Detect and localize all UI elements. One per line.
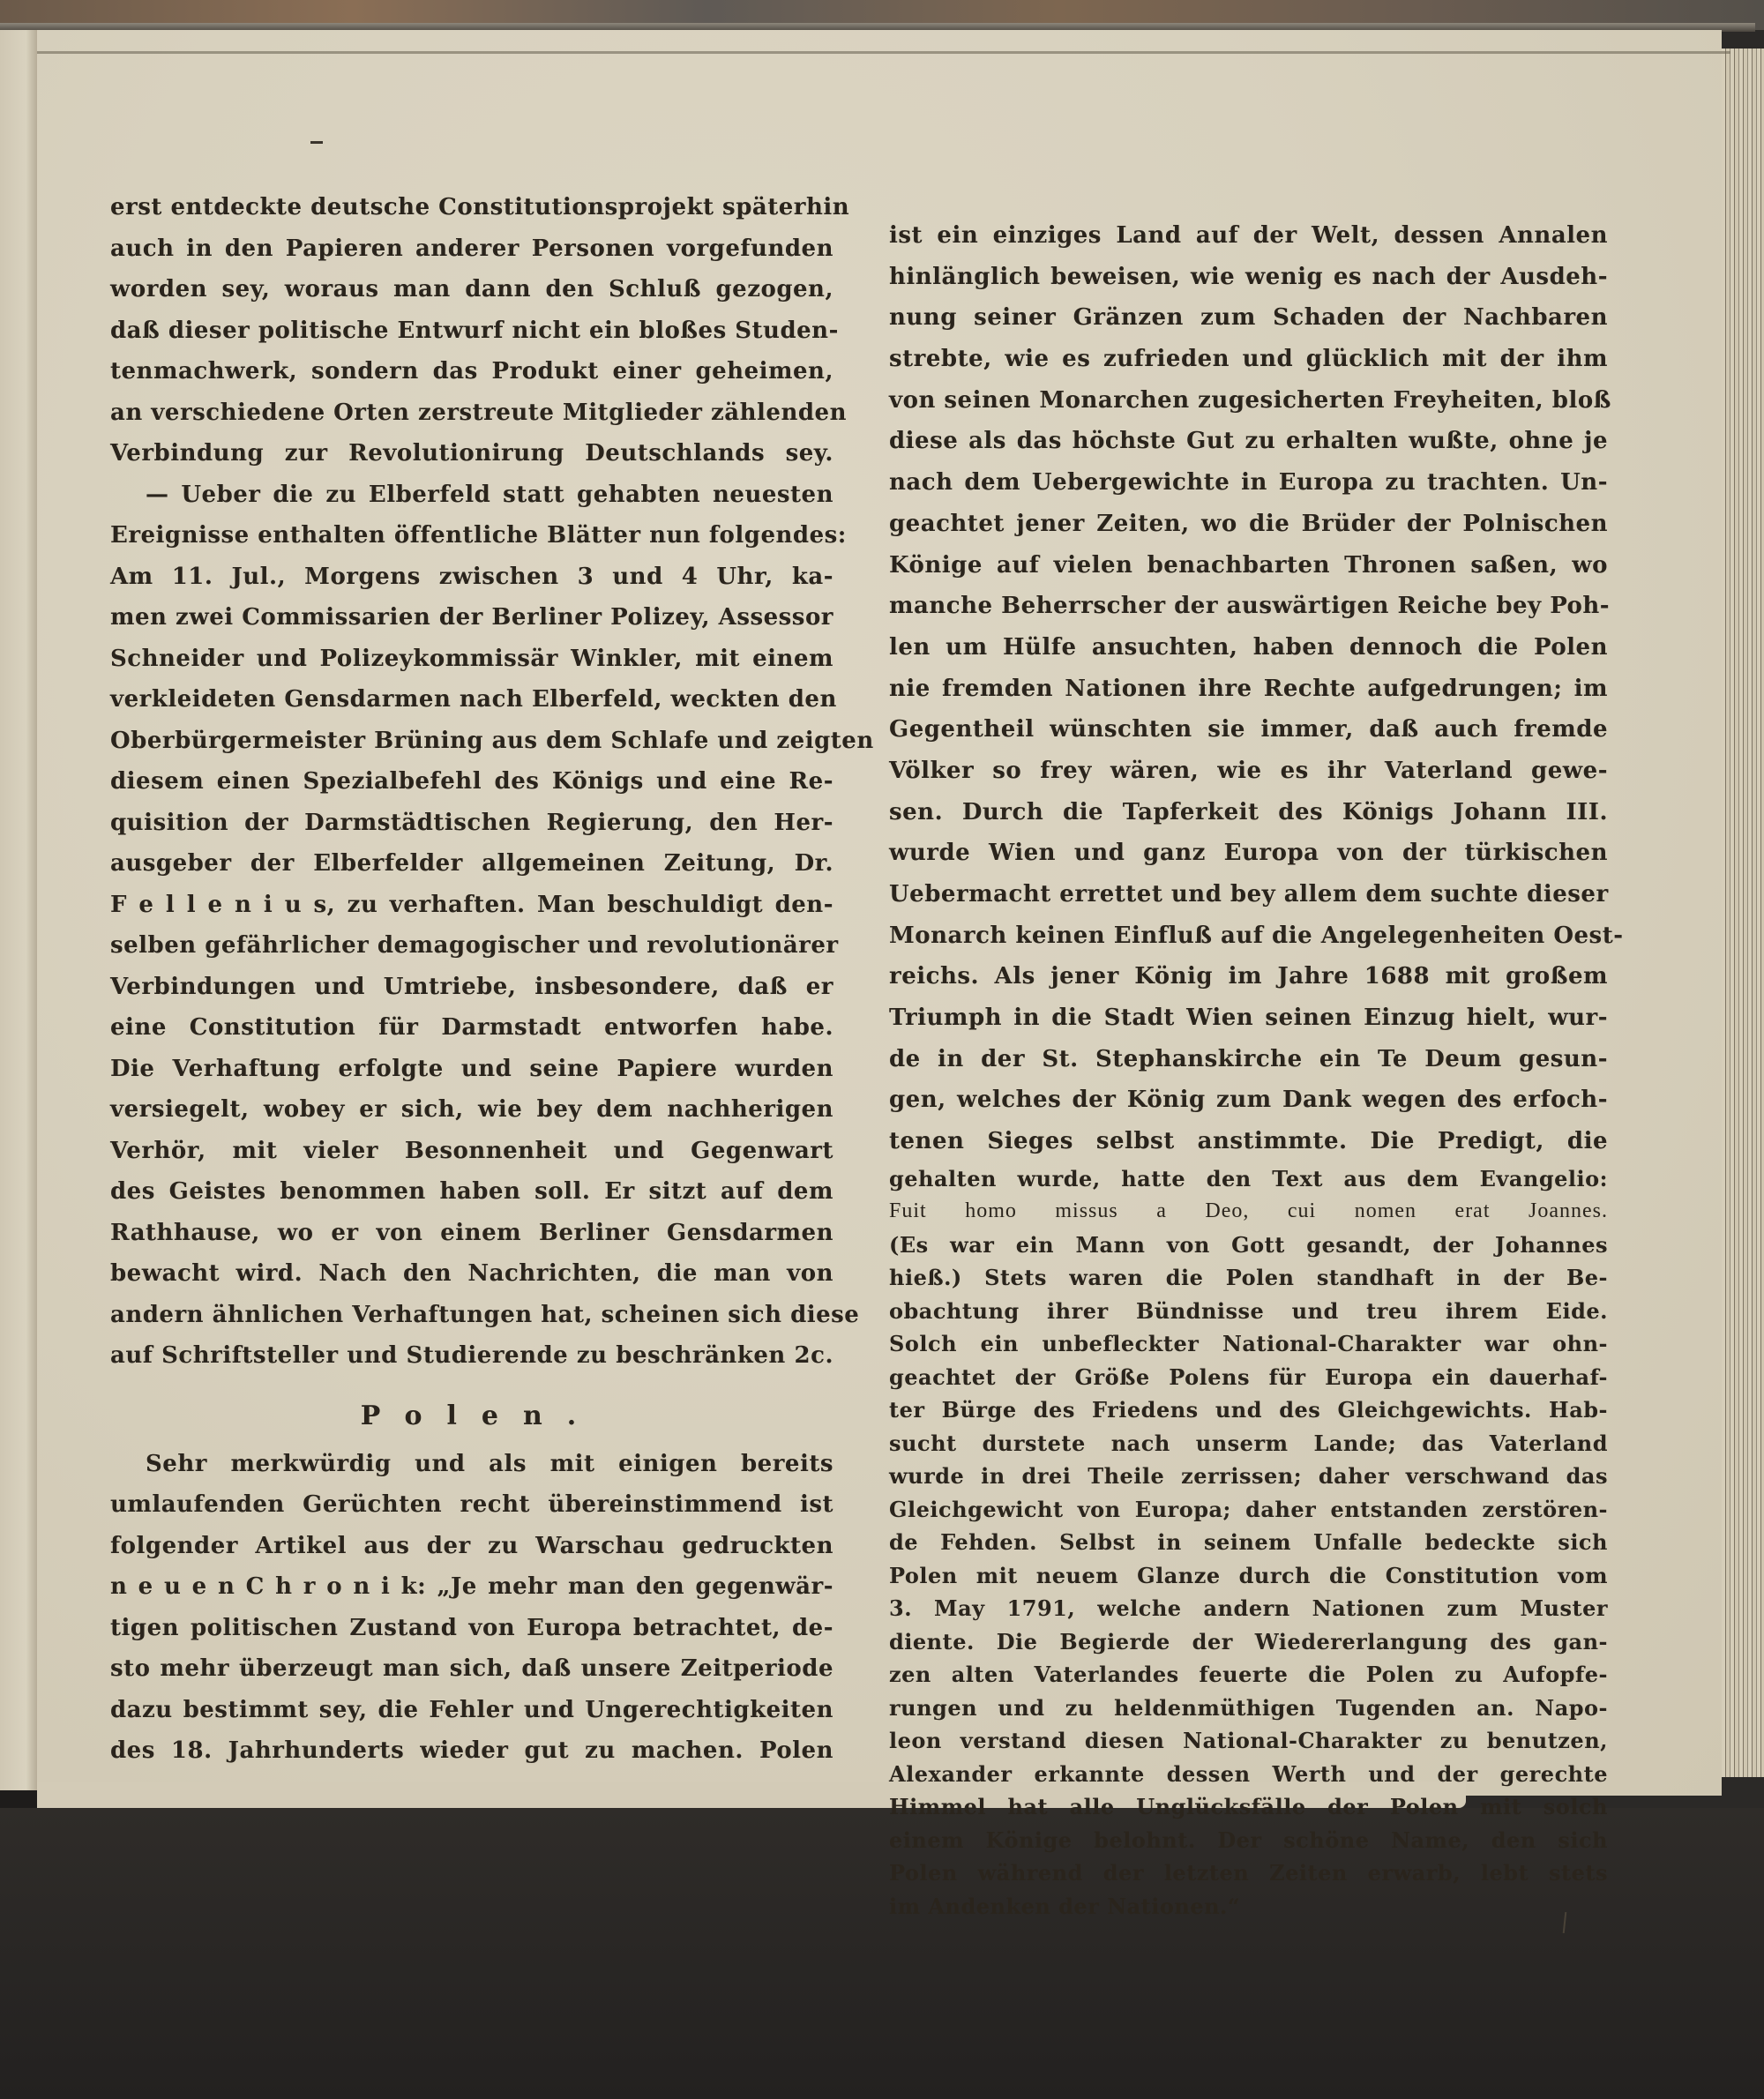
text-line: eine Constitution für Darmstadt entworfe… xyxy=(110,1007,833,1049)
text-line: sen. Durch die Tapferkeit des Königs Joh… xyxy=(889,792,1608,833)
text-line: ausgeber der Elberfelder allgemeinen Zei… xyxy=(110,843,833,885)
text-line: — Ueber die zu Elberfeld statt gehabten … xyxy=(110,474,833,516)
text-line: wurde Wien und ganz Europa von der türki… xyxy=(889,833,1608,874)
text-line: sucht durstete nach unserm Lande; das Va… xyxy=(889,1427,1608,1460)
text-line: ter Bürge des Friedens und des Gleichgew… xyxy=(889,1393,1608,1427)
page-top-edge xyxy=(37,51,1730,54)
text-line: Völker so frey wären, wie es ihr Vaterla… xyxy=(889,751,1608,792)
text-line: gehalten wurde, hatte den Text aus dem E… xyxy=(889,1162,1608,1196)
text-line: Solch ein unbefleckter National-Charakte… xyxy=(889,1327,1608,1361)
text-line: Oberbürgermeister Brüning aus dem Schlaf… xyxy=(110,721,833,762)
text-line: Verhör, mit vieler Besonnenheit und Gege… xyxy=(110,1131,833,1172)
text-line: Könige auf vielen benachbarten Thronen s… xyxy=(889,545,1608,586)
text-line: geachtet jener Zeiten, wo die Brüder der… xyxy=(889,504,1608,545)
text-line: Schneider und Polizeykommissär Winkler, … xyxy=(110,639,833,680)
paragraph-constitution-project: erst entdeckte deutsche Constitutionspro… xyxy=(110,187,833,474)
text-line: de in der St. Stephanskirche ein Te Deum… xyxy=(889,1039,1608,1080)
text-line: wurde in drei Theile zerrissen; daher ve… xyxy=(889,1460,1608,1493)
text-line: von seinen Monarchen zugesicherten Freyh… xyxy=(889,380,1608,422)
text-line: versiegelt, wobey er sich, wie bey dem n… xyxy=(110,1089,833,1131)
text-line: einem Könige belohnt. Der schöne Name, d… xyxy=(889,1824,1608,1857)
text-line: Die Verhaftung erfolgte und seine Papier… xyxy=(110,1049,833,1090)
text-line: Uebermacht errettet und bey allem dem su… xyxy=(889,874,1608,915)
text-line: Gleichgewicht von Europa; daher entstand… xyxy=(889,1493,1608,1527)
text-line: bewacht wird. Nach den Nachrichten, die … xyxy=(110,1253,833,1295)
text-line: worden sey, woraus man dann den Schluß g… xyxy=(110,269,833,310)
text-line: len um Hülfe ansuchten, haben dennoch di… xyxy=(889,627,1608,669)
text-line: gen, welches der König zum Dank wegen de… xyxy=(889,1079,1608,1121)
paragraph-polen-chronicle: Sehr merkwürdig und als mit einigen bere… xyxy=(110,1444,833,1772)
gutter-previous-page xyxy=(0,30,39,1794)
text-line: Triumph in die Stadt Wien seinen Einzug … xyxy=(889,997,1608,1039)
text-line: nung seiner Gränzen zum Schaden der Nach… xyxy=(889,297,1608,339)
text-line: zen alten Vaterlandes feuerte die Polen … xyxy=(889,1658,1608,1692)
text-line: men zwei Commissarien der Berliner Poliz… xyxy=(110,597,833,639)
paragraph-polen-continued: ist ein einziges Land auf der Welt, dess… xyxy=(889,215,1608,1162)
page-stack-edges xyxy=(1722,49,1764,1777)
text-line: nie fremden Nationen ihre Rechte aufgedr… xyxy=(889,669,1608,710)
text-line: manche Beherrscher der auswärtigen Reich… xyxy=(889,586,1608,627)
text-line: auf Schriftsteller und Studierende zu be… xyxy=(110,1335,833,1377)
text-line: Polen mit neuem Glanze durch die Constit… xyxy=(889,1559,1608,1593)
text-line: hieß.) Stets waren die Polen standhaft i… xyxy=(889,1261,1608,1295)
paragraph-elberfeld-arrest: — Ueber die zu Elberfeld statt gehabten … xyxy=(110,474,833,1377)
text-line: umlaufenden Gerüchten recht übereinstimm… xyxy=(110,1484,833,1526)
text-line: im Andenken der Nationen.“ xyxy=(889,1890,1608,1923)
text-line: rungen und zu heldenmüthigen Tugenden an… xyxy=(889,1692,1608,1725)
text-line: F e l l e n i u s, zu verhaften. Man bes… xyxy=(110,885,833,926)
text-line: Alexander erkannte dessen Werth und der … xyxy=(889,1758,1608,1791)
text-line: auch in den Papieren anderer Personen vo… xyxy=(110,228,833,270)
text-line: selben gefährlicher demagogischer und re… xyxy=(110,925,833,967)
right-text-column: ist ein einziges Land auf der Welt, dess… xyxy=(889,215,1608,1923)
text-line: ist ein einziges Land auf der Welt, dess… xyxy=(889,215,1608,257)
left-text-column: erst entdeckte deutsche Constitutionspro… xyxy=(110,187,833,1772)
text-line: de Fehden. Selbst in seinem Unfalle bede… xyxy=(889,1526,1608,1559)
text-line: Verbindungen und Umtriebe, insbesondere,… xyxy=(110,967,833,1008)
text-line: tenmachwerk, sondern das Produkt einer g… xyxy=(110,351,833,392)
text-line: Monarch keinen Einfluß auf die Angelegen… xyxy=(889,915,1608,957)
text-line: hinlänglich beweisen, wie wenig es nach … xyxy=(889,257,1608,298)
text-line: diente. Die Begierde der Wiedererlangung… xyxy=(889,1625,1608,1659)
section-heading-polen: Polen. xyxy=(110,1377,833,1444)
text-line: Sehr merkwürdig und als mit einigen bere… xyxy=(110,1444,833,1485)
text-line: andern ähnlichen Verhaftungen hat, schei… xyxy=(110,1295,833,1336)
text-line: diesem einen Spezialbefehl des Königs un… xyxy=(110,761,833,803)
text-line: Polen während der letzten Zeiten erwarb,… xyxy=(889,1856,1608,1890)
text-line: des 18. Jahrhunderts wieder gut zu mache… xyxy=(110,1730,833,1772)
text-line: verkleideten Gensdarmen nach Elberfeld, … xyxy=(110,679,833,721)
text-line: erst entdeckte deutsche Constitutionspro… xyxy=(110,187,833,228)
text-line: reichs. Als jener König im Jahre 1688 mi… xyxy=(889,956,1608,997)
stray-ink-mark xyxy=(310,141,323,144)
text-line: strebte, wie es zufrieden und glücklich … xyxy=(889,339,1608,380)
text-line: leon verstand diesen National-Charakter … xyxy=(889,1724,1608,1758)
text-line: Ereignisse enthalten öffentliche Blätter… xyxy=(110,515,833,556)
text-line: sto mehr überzeugt man sich, daß unsere … xyxy=(110,1648,833,1690)
text-line: tigen politischen Zustand von Europa bet… xyxy=(110,1608,833,1649)
text-line: quisition der Darmstädtischen Regierung,… xyxy=(110,803,833,844)
latin-quote-line: Fuit homo missus a Deo, cui nomen erat J… xyxy=(889,1195,1608,1229)
text-line: folgender Artikel aus der zu Warschau ge… xyxy=(110,1526,833,1567)
text-line: n e u e n C h r o n i k: „Je mehr man de… xyxy=(110,1566,833,1608)
text-line: daß dieser politische Entwurf nicht ein … xyxy=(110,310,833,352)
paragraph-polen-sermon: gehalten wurde, hatte den Text aus dem E… xyxy=(889,1162,1608,1923)
text-line: tenen Sieges selbst anstimmte. Die Predi… xyxy=(889,1121,1608,1162)
text-line: des Geistes benommen haben soll. Er sitz… xyxy=(110,1171,833,1213)
text-line: nach dem Uebergewichte in Europa zu trac… xyxy=(889,462,1608,504)
text-line: Himmel hat alle Unglücksfälle der Polen … xyxy=(889,1790,1608,1824)
text-line: geachtet der Größe Polens für Europa ein… xyxy=(889,1361,1608,1394)
text-line: Am 11. Jul., Morgens zwischen 3 und 4 Uh… xyxy=(110,556,833,598)
text-line: 3. May 1791, welche andern Nationen zum … xyxy=(889,1592,1608,1625)
text-line: diese als das höchste Gut zu erhalten wu… xyxy=(889,421,1608,462)
text-line: Gegentheil wünschten sie immer, daß auch… xyxy=(889,709,1608,751)
text-line: Rathhause, wo er von einem Berliner Gens… xyxy=(110,1213,833,1254)
text-line: (Es war ein Mann von Gott gesandt, der J… xyxy=(889,1229,1608,1262)
text-line: dazu bestimmt sey, die Fehler und Ungere… xyxy=(110,1690,833,1731)
text-line: obachtung ihrer Bündnisse und treu ihrem… xyxy=(889,1295,1608,1328)
text-line: an verschiedene Orten zerstreute Mitglie… xyxy=(110,392,833,434)
text-line: Verbindung zur Revolutionirung Deutschla… xyxy=(110,433,833,474)
